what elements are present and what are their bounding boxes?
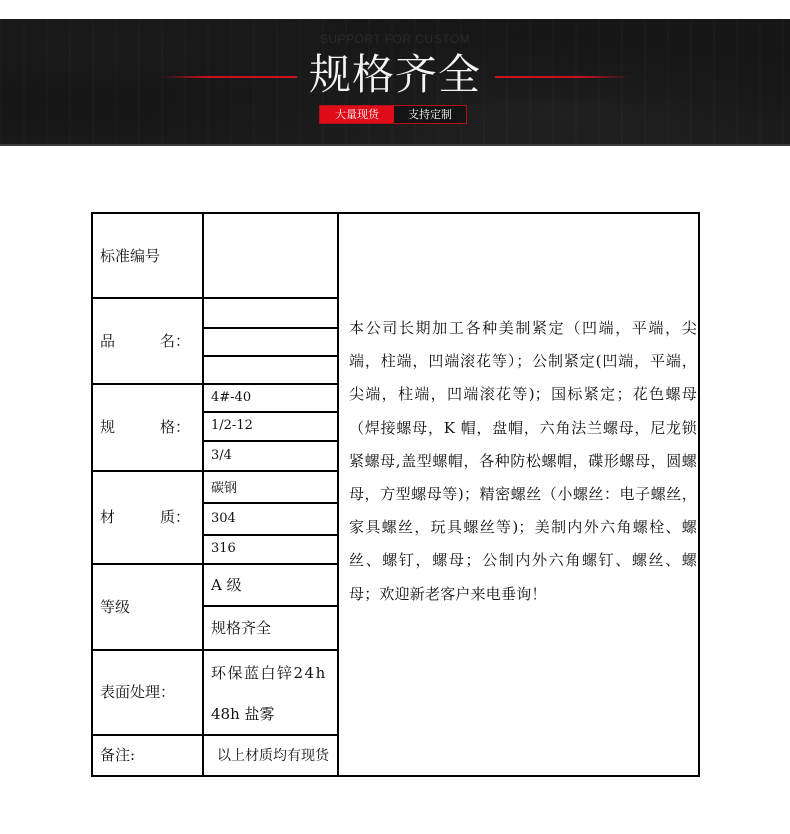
value-product-name-1 bbox=[204, 297, 339, 327]
label-remark: 备注: bbox=[93, 734, 204, 775]
value-material-2: 304 bbox=[204, 502, 339, 534]
value-standard-no bbox=[204, 214, 339, 297]
value-surface-1: 环保蓝白锌24h bbox=[204, 655, 339, 689]
spec-table: 标准编号 品 名： 规 格： 4#-40 1/2-12 3/4 材 质： 碳钢 … bbox=[91, 212, 700, 777]
value-spec-1: 4#-40 bbox=[204, 383, 339, 411]
value-product-name-3 bbox=[204, 355, 339, 383]
value-surface-2: 48h 盐雾 bbox=[204, 696, 339, 730]
label-grade: 等级 bbox=[93, 563, 204, 649]
label-product-name-a: 品 bbox=[100, 330, 160, 351]
label-spec: 规 格： bbox=[93, 383, 204, 470]
product-description: 本公司长期加工各种美制紧定（凹端，平端，尖端，柱端，凹端滚花等）；公制紧定(凹端… bbox=[341, 312, 699, 611]
value-grade-1: A 级 bbox=[204, 563, 339, 605]
label-spec-b: 格： bbox=[160, 416, 190, 437]
value-material-3: 316 bbox=[204, 534, 339, 563]
value-material-1: 碳钢 bbox=[204, 470, 339, 502]
label-material-a: 材 bbox=[100, 506, 160, 527]
label-standard-no: 标准编号 bbox=[93, 214, 204, 297]
label-product-name-b: 名： bbox=[160, 330, 190, 351]
label-material-b: 质： bbox=[160, 506, 190, 527]
tag-customizable: 支持定制 bbox=[394, 106, 466, 123]
value-spec-3: 3/4 bbox=[204, 440, 339, 470]
value-remark: 以上材质均有现货 bbox=[204, 734, 339, 775]
tag-in-stock: 大量现货 bbox=[320, 106, 394, 123]
banner-bottom-edge bbox=[0, 144, 790, 146]
label-spec-a: 规 bbox=[100, 416, 160, 437]
value-grade-2: 规格齐全 bbox=[204, 605, 339, 649]
hero-banner: SUPPORT FOR CUSTOM 规格齐全 大量现货 支持定制 bbox=[0, 19, 790, 146]
banner-tags: 大量现货 支持定制 bbox=[319, 105, 467, 124]
banner-title: 规格齐全 bbox=[0, 49, 790, 101]
banner-subtitle-en: SUPPORT FOR CUSTOM bbox=[0, 32, 790, 46]
label-product-name: 品 名： bbox=[93, 297, 204, 383]
value-spec-2: 1/2-12 bbox=[204, 411, 339, 440]
value-product-name-2 bbox=[204, 327, 339, 355]
label-material: 材 质： bbox=[93, 470, 204, 563]
label-surface: 表面处理： bbox=[93, 649, 204, 734]
